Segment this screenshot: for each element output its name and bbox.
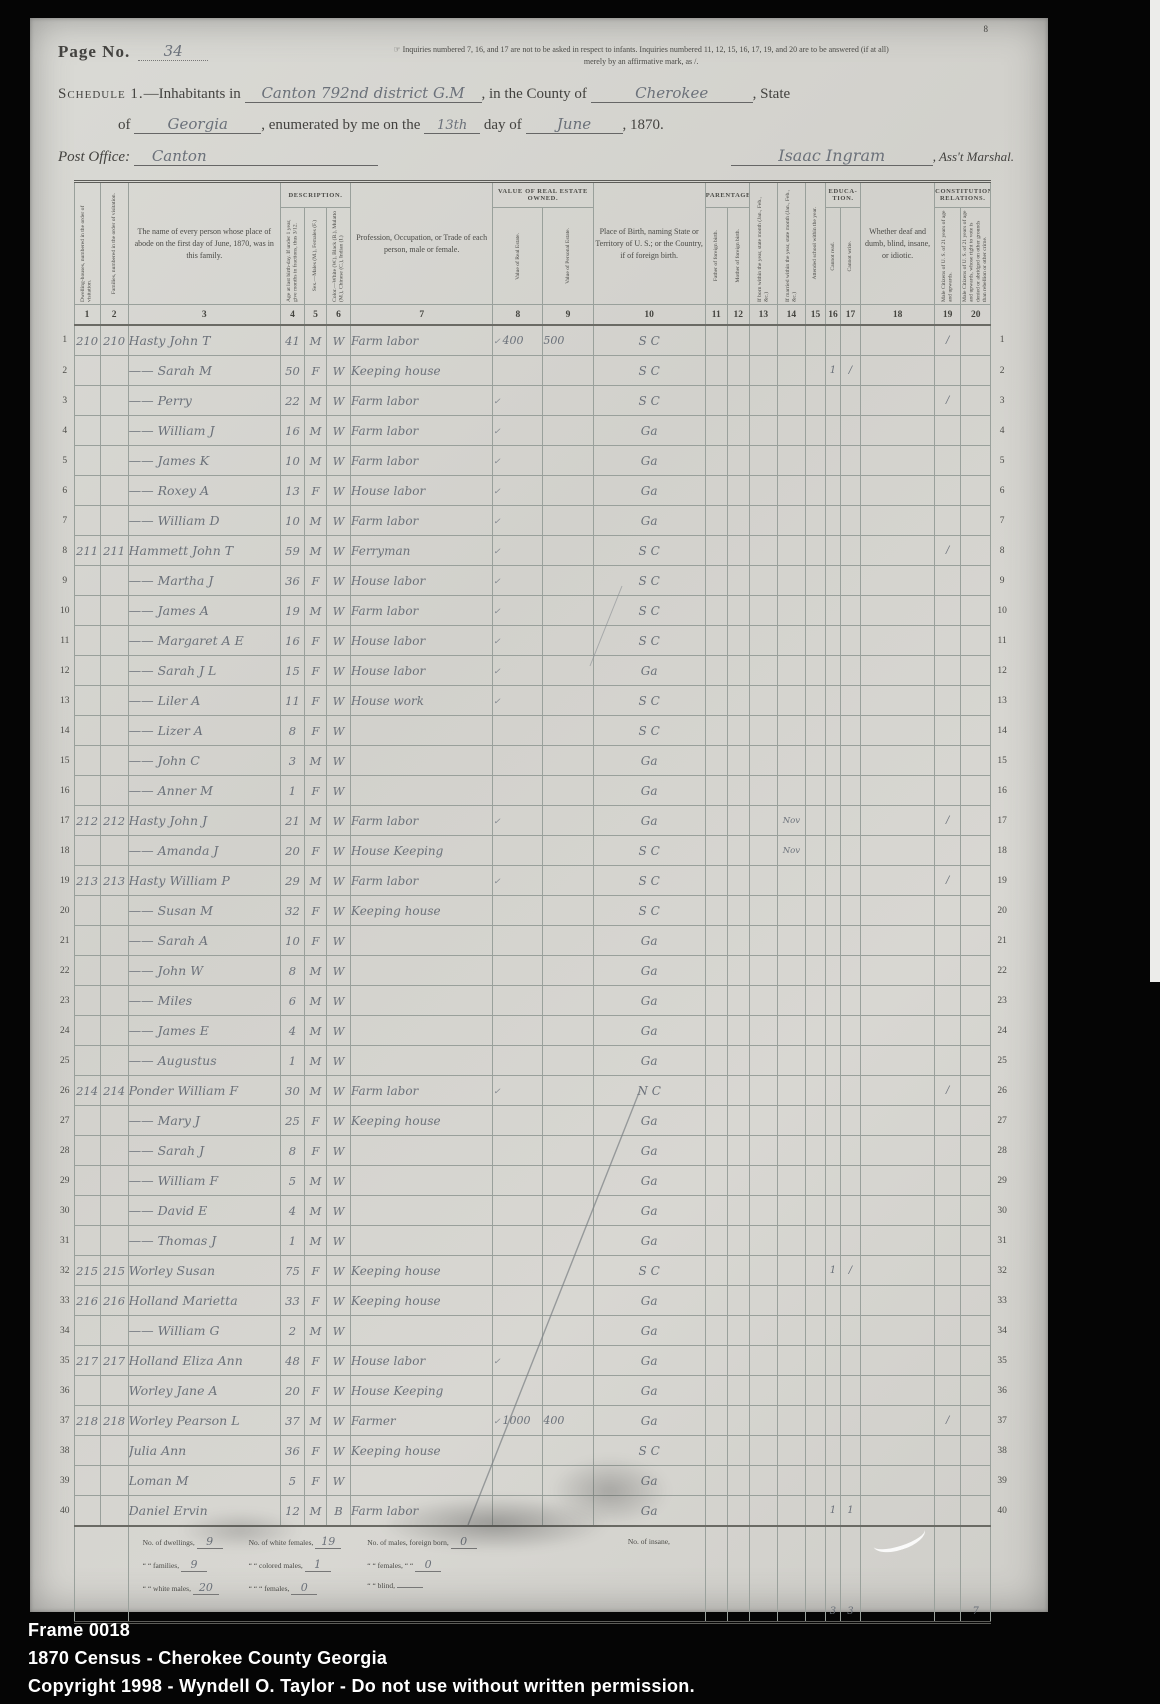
cell-name: —— James E [128,1016,280,1046]
cell-born-month [749,716,777,746]
cell-school [805,626,825,656]
cell-real-estate [493,1496,543,1527]
cell-born-month [749,866,777,896]
cell-personal-estate [543,356,593,386]
cell-birthplace: S C [593,386,705,416]
cell-family-number [100,626,128,656]
cell-occupation [351,716,493,746]
cell-name: Hasty William P [128,866,280,896]
cell-married-month: Nov [777,836,805,866]
cell-dwelling-number: 210 [74,325,100,356]
cell-birthplace: S C [593,1436,705,1466]
cell-real-estate [493,1376,543,1406]
cell-married-month [777,1166,805,1196]
enumerator-check: ✓ [493,457,500,467]
cell-married-month [777,416,805,446]
census-table: Dwelling-houses, numbered in the order o… [56,180,1013,1624]
column-number: 2 [100,305,128,326]
cell-cannot-write [840,506,860,536]
cell-born-month [749,1496,777,1527]
line-number-left: 28 [56,1136,74,1166]
cell-sex: M [304,1316,326,1346]
cell-born-month [749,626,777,656]
cell-cannot-write [840,1346,860,1376]
cell-school [805,1406,825,1436]
cell-deaf-dumb [861,1286,935,1316]
cell-male-citizen: / [935,536,961,566]
cell-occupation [351,1166,493,1196]
cell-sex: M [304,325,326,356]
cell-dwelling-number [74,1376,100,1406]
cell-born-month [749,536,777,566]
cell-occupation: House labor [351,1346,493,1376]
cell-married-month [777,866,805,896]
cell-real-estate: ✓ [493,1346,543,1376]
column-number: 6 [327,305,351,326]
column-number: 20 [961,305,991,326]
census-row: 36 Worley Jane A 20 F W House Keeping Ga… [56,1376,1013,1406]
enumerator-check: ✓ [493,427,500,437]
cell-real-estate [493,1256,543,1286]
cell-vote-denied [961,1226,991,1256]
cell-born-month [749,1046,777,1076]
cell-real-estate [493,836,543,866]
cell-father-foreign [705,896,727,926]
cell-deaf-dumb [861,986,935,1016]
col-header-color: Color.—White (W.), Black (B.), Mulatto (… [327,208,351,305]
cell-deaf-dumb [861,1436,935,1466]
cell-name: —— Sarah J L [128,656,280,686]
cell-cannot-read [825,1226,840,1256]
cell-real-estate [493,1466,543,1496]
cell-occupation: Farm labor [351,446,493,476]
cell-school [805,506,825,536]
cell-father-foreign [705,1136,727,1166]
cell-real-estate: ✓ [493,626,543,656]
cell-age: 20 [280,1376,304,1406]
cell-married-month [777,1496,805,1527]
column-number: 16 [825,305,840,326]
cell-sex: M [304,1046,326,1076]
cell-school [805,806,825,836]
cell-birthplace: Ga [593,1496,705,1527]
enumerator-check: ✓ [493,517,500,527]
enumerator-check: ✓ [493,337,500,347]
enumerator-check: ✓ [493,577,500,587]
cell-occupation: Farm labor [351,416,493,446]
column-number: 10 [593,305,705,326]
cell-mother-foreign [727,1496,749,1527]
cell-real-estate [493,956,543,986]
cell-dwelling-number [74,1226,100,1256]
cell-dwelling-number: 212 [74,806,100,836]
cell-age: 30 [280,1076,304,1106]
cell-personal-estate: 500 [543,325,593,356]
cell-school [805,836,825,866]
cell-deaf-dumb [861,1316,935,1346]
cell-age: 21 [280,806,304,836]
cell-personal-estate [543,416,593,446]
cell-family-number [100,896,128,926]
cell-married-month [777,716,805,746]
cell-sex: F [304,1436,326,1466]
census-row: 28 —— Sarah J 8 F W Ga 28 [56,1136,1013,1166]
cell-personal-estate [543,986,593,1016]
cell-name: —— James K [128,446,280,476]
cell-father-foreign [705,656,727,686]
cell-family-number: 215 [100,1256,128,1286]
cell-real-estate [493,776,543,806]
cell-cannot-read [825,956,840,986]
cell-birthplace: Ga [593,1346,705,1376]
cell-school [805,476,825,506]
cell-dwelling-number: 215 [74,1256,100,1286]
cell-color: W [327,476,351,506]
enumerator-check: ✓ [493,697,500,707]
col-header-dwellings: Dwelling-houses, numbered in the order o… [74,182,100,305]
cell-vote-denied [961,716,991,746]
cell-father-foreign [705,1316,727,1346]
totals-flourish [74,1526,128,1623]
cell-dwelling-number [74,356,100,386]
line-number-right: 2 [991,356,1013,386]
cell-dwelling-number [74,926,100,956]
cell-sex: M [304,386,326,416]
cell-mother-foreign [727,1316,749,1346]
census-row: 34 —— William G 2 M W Ga 34 [56,1316,1013,1346]
cell-mother-foreign [727,1346,749,1376]
col-header-vote-denied: Male Citizens of U. S. of 21 years of ag… [961,208,991,305]
cell-father-foreign [705,1166,727,1196]
cell-name: —— Amanda J [128,836,280,866]
cell-born-month [749,566,777,596]
cell-male-citizen [935,1196,961,1226]
cell-occupation: Keeping house [351,1106,493,1136]
cell-cannot-read [825,1016,840,1046]
line-number-left: 7 [56,506,74,536]
census-row: 33 216 216 Holland Marietta 33 F W Keepi… [56,1286,1013,1316]
cell-name: Daniel Ervin [128,1496,280,1527]
cell-age: 75 [280,1256,304,1286]
cell-cannot-read: 1 [825,1496,840,1527]
cell-family-number [100,956,128,986]
line-number-right: 33 [991,1286,1013,1316]
line-number-left: 9 [56,566,74,596]
cell-real-estate: ✓ [493,806,543,836]
column-number: 9 [543,305,593,326]
cell-deaf-dumb [861,596,935,626]
cell-married-month [777,536,805,566]
census-row: 5 —— James K 10 M W Farm labor ✓ Ga 5 [56,446,1013,476]
cell-male-citizen [935,1046,961,1076]
cell-birthplace: S C [593,686,705,716]
group-education: EDUCA- TION. [825,182,860,208]
cell-age: 36 [280,566,304,596]
cell-dwelling-number: 211 [74,536,100,566]
cell-age: 25 [280,1106,304,1136]
cell-cannot-write [840,1436,860,1466]
cell-born-month [749,956,777,986]
cell-dwelling-number [74,896,100,926]
line-number-left: 35 [56,1346,74,1376]
post-office-value: Canton [134,147,378,166]
cell-cannot-read [825,1076,840,1106]
cell-birthplace: Ga [593,986,705,1016]
cell-married-month [777,596,805,626]
cell-vote-denied [961,836,991,866]
cell-occupation: Farm labor [351,806,493,836]
cell-name: —— Lizer A [128,716,280,746]
cell-vote-denied [961,1496,991,1527]
cell-male-citizen [935,686,961,716]
cell-male-citizen [935,1226,961,1256]
cell-cannot-read [825,536,840,566]
cell-vote-denied [961,476,991,506]
line-number-left: 15 [56,746,74,776]
cell-deaf-dumb [861,1406,935,1436]
cell-color: W [327,686,351,716]
cell-personal-estate [543,716,593,746]
cell-age: 10 [280,506,304,536]
enumerator-check: ✓ [493,637,500,647]
census-row: 19 213 213 Hasty William P 29 M W Farm l… [56,866,1013,896]
cell-age: 59 [280,536,304,566]
line-number-right: 21 [991,926,1013,956]
cell-occupation [351,746,493,776]
group-description: DESCRIPTION. [280,182,350,208]
line-number-right: 14 [991,716,1013,746]
cell-mother-foreign [727,596,749,626]
cell-school [805,536,825,566]
caption-copyright: Copyright 1998 - Wyndell O. Taylor - Do … [0,1672,1160,1700]
line-number-right: 20 [991,896,1013,926]
line-number-left: 38 [56,1436,74,1466]
cell-real-estate [493,1226,543,1256]
cell-cannot-write [840,626,860,656]
cell-color: W [327,1136,351,1166]
cell-cannot-write [840,956,860,986]
cell-vote-denied [961,1406,991,1436]
cell-age: 3 [280,746,304,776]
cell-color: W [327,866,351,896]
cell-vote-denied [961,446,991,476]
cell-personal-estate [543,1466,593,1496]
cell-real-estate [493,1136,543,1166]
cell-school [805,776,825,806]
cell-cannot-write [840,716,860,746]
cell-school [805,566,825,596]
cell-family-number [100,506,128,536]
census-row: 24 —— James E 4 M W Ga 24 [56,1016,1013,1046]
cell-male-citizen [935,1436,961,1466]
cell-married-month [777,986,805,1016]
cell-deaf-dumb [861,896,935,926]
cell-family-number: 211 [100,536,128,566]
cell-color: W [327,746,351,776]
cell-male-citizen [935,716,961,746]
column-number: 8 [493,305,543,326]
cell-married-month [777,1196,805,1226]
cell-color: W [327,1466,351,1496]
county-value: Cherokee [591,84,753,103]
cell-mother-foreign [727,1076,749,1106]
cell-sex: F [304,896,326,926]
cell-married-month [777,626,805,656]
cell-personal-estate [543,1226,593,1256]
cell-family-number: 210 [100,325,128,356]
cell-born-month [749,1226,777,1256]
cell-cannot-write [840,1166,860,1196]
cell-family-number: 218 [100,1406,128,1436]
line-number-left: 26 [56,1076,74,1106]
cell-real-estate [493,746,543,776]
cell-sex: M [304,746,326,776]
cell-color: W [327,656,351,686]
cell-vote-denied [961,386,991,416]
marshal-signature-block: Isaac Ingram, Ass't Marshal. [731,146,1014,166]
cell-real-estate [493,926,543,956]
cell-deaf-dumb [861,566,935,596]
cell-cannot-write [840,896,860,926]
line-number-left: 39 [56,1466,74,1496]
cell-married-month [777,1016,805,1046]
cell-vote-denied [961,536,991,566]
col-header-male-citizens: Male Citizens of U. S. of 21 years of ag… [935,208,961,305]
census-row: 11 —— Margaret A E 16 F W House labor ✓ … [56,626,1013,656]
cell-occupation: Keeping house [351,896,493,926]
col-header-personal-estate: Value of Personal Estate. [543,208,593,305]
cell-birthplace: S C [593,896,705,926]
cell-sex: M [304,956,326,986]
cell-male-citizen [935,986,961,1016]
cell-vote-denied [961,506,991,536]
cell-married-month [777,1346,805,1376]
cell-deaf-dumb [861,686,935,716]
cell-deaf-dumb [861,1166,935,1196]
cell-school [805,716,825,746]
cell-sex: F [304,626,326,656]
column-number: 12 [727,305,749,326]
census-row: 16 —— Anner M 1 F W Ga 16 [56,776,1013,806]
cell-cannot-write [840,686,860,716]
census-row: 23 —— Miles 6 M W Ga 23 [56,986,1013,1016]
cell-personal-estate [543,1316,593,1346]
cell-born-month [749,926,777,956]
cell-color: W [327,1436,351,1466]
line-number-left: 17 [56,806,74,836]
cell-name: —— William G [128,1316,280,1346]
cell-personal-estate [543,1286,593,1316]
cell-cannot-write [840,1046,860,1076]
cell-sex: M [304,986,326,1016]
cell-born-month [749,1106,777,1136]
cell-born-month [749,1376,777,1406]
cell-birthplace: Ga [593,416,705,446]
cell-deaf-dumb [861,1136,935,1166]
cell-name: —— Perry [128,386,280,416]
cell-age: 50 [280,356,304,386]
cell-occupation [351,1136,493,1166]
cell-name: —— Susan M [128,896,280,926]
col-header-sex: Sex.—Males (M.), Females (F.) [304,208,326,305]
census-row: 31 —— Thomas J 1 M W Ga 31 [56,1226,1013,1256]
cell-school [805,386,825,416]
cell-sex: F [304,1346,326,1376]
cell-personal-estate [543,446,593,476]
cell-real-estate: ✓ [493,536,543,566]
instructions: ☞ Inquiries numbered 7, 16, and 17 are n… [208,42,1014,68]
cell-vote-denied [961,776,991,806]
line-number-left: 33 [56,1286,74,1316]
cell-family-number [100,1466,128,1496]
cell-color: W [327,506,351,536]
cell-color: W [327,1166,351,1196]
cell-family-number [100,686,128,716]
cell-married-month [777,746,805,776]
cell-real-estate: ✓ [493,386,543,416]
cell-name: Hasty John J [128,806,280,836]
line-number-right: 12 [991,656,1013,686]
cell-birthplace: Ga [593,1226,705,1256]
cell-married-month [777,1436,805,1466]
census-rows: 1 210 210 Hasty John T 41 M W Farm labor… [56,325,1013,1526]
cell-born-month [749,446,777,476]
census-row: 10 —— James A 19 M W Farm labor ✓ S C 10 [56,596,1013,626]
cell-cannot-write [840,325,860,356]
cell-real-estate [493,716,543,746]
left-gutter [56,182,74,326]
cell-real-estate: ✓ [493,866,543,896]
cell-vote-denied [961,926,991,956]
cell-cannot-read [825,1046,840,1076]
cell-family-number [100,776,128,806]
cell-male-citizen [935,1466,961,1496]
cell-family-number: 213 [100,866,128,896]
cell-birthplace: Ga [593,1316,705,1346]
cell-age: 32 [280,896,304,926]
cell-personal-estate [543,506,593,536]
cell-cannot-write [840,1286,860,1316]
cell-personal-estate [543,566,593,596]
cell-cannot-write [840,566,860,596]
cell-father-foreign [705,1436,727,1466]
census-row: 4 —— William J 16 M W Farm labor ✓ Ga 4 [56,416,1013,446]
page-corner-mark: 8 [984,24,989,34]
cell-real-estate: ✓400 [493,325,543,356]
cell-married-month [777,656,805,686]
cell-sex: F [304,1466,326,1496]
cell-personal-estate [543,386,593,416]
line-number-right: 8 [991,536,1013,566]
cell-born-month [749,1436,777,1466]
line-number-left: 37 [56,1406,74,1436]
cell-school [805,596,825,626]
cell-born-month [749,656,777,686]
cell-family-number [100,1196,128,1226]
cell-cannot-write [840,806,860,836]
cell-deaf-dumb [861,416,935,446]
cell-occupation [351,1226,493,1256]
line-number-left: 22 [56,956,74,986]
column-number: 15 [805,305,825,326]
line-number-left: 29 [56,1166,74,1196]
cell-age: 10 [280,926,304,956]
cell-born-month [749,386,777,416]
col-header-born-month: If born within the year, state month (Ja… [749,182,777,305]
col-header-name: The name of every person whose place of … [128,182,280,305]
cell-cannot-read [825,596,840,626]
cell-name: —— Sarah J [128,1136,280,1166]
